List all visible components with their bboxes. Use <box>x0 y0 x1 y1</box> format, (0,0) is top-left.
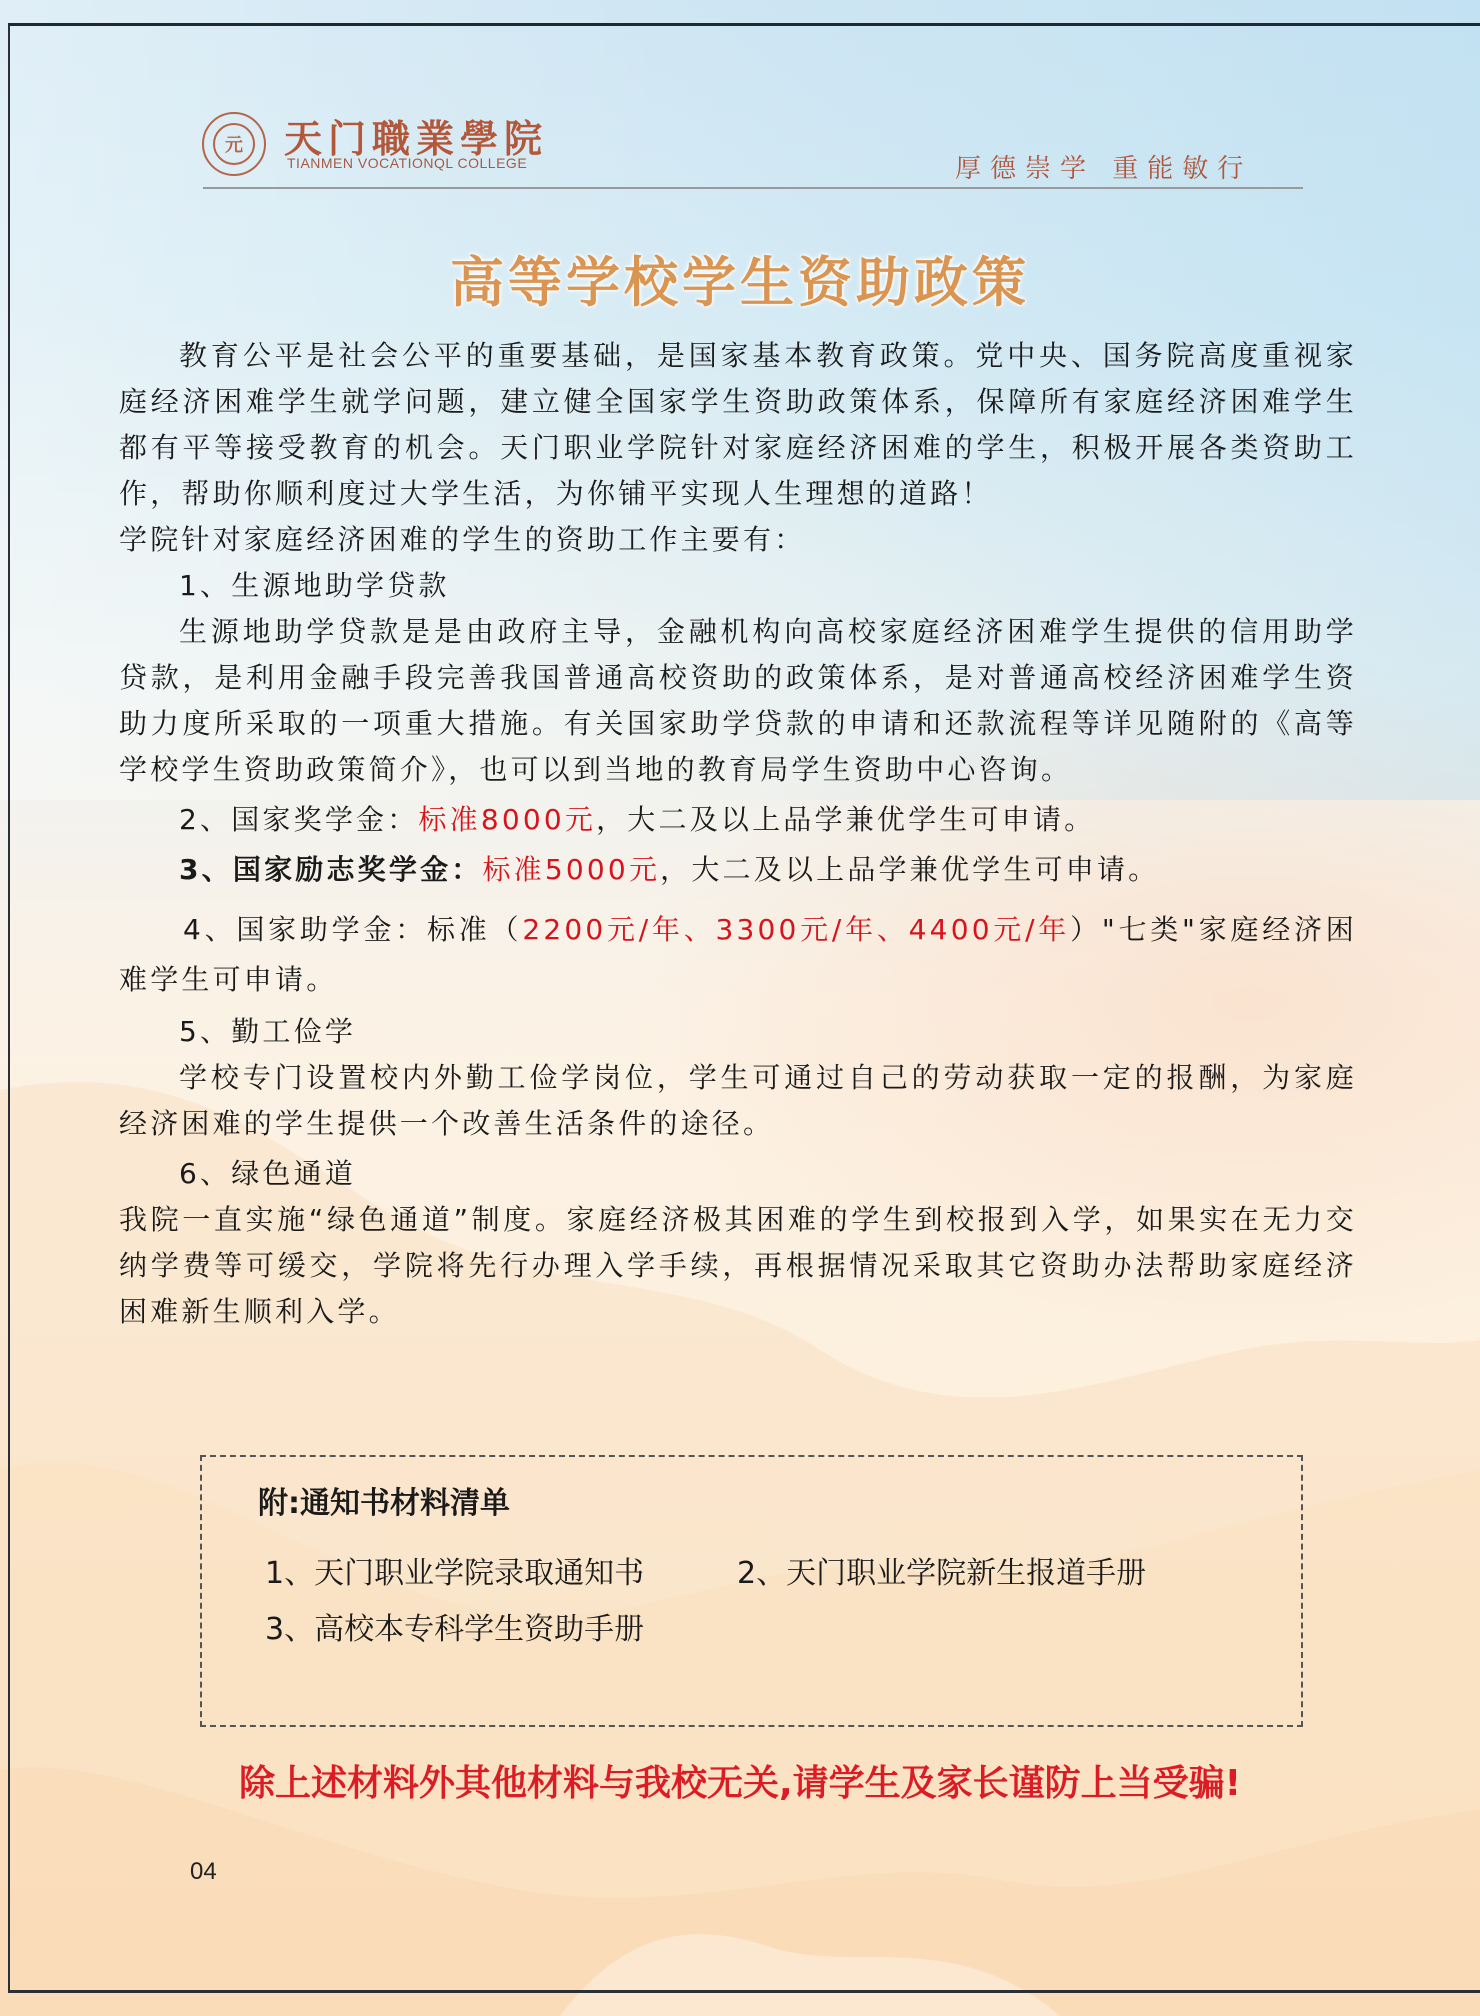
attachment-item: 1、天门职业学院录取通知书 <box>265 1548 644 1592</box>
fraud-warning: 除上述材料外其他材料与我校无关,请学生及家长谨防上当受骗! <box>0 1755 1480 1806</box>
college-logo-icon: 元 <box>202 112 266 176</box>
item-heading-green-channel: 6、绿色通道 <box>119 1151 1357 1197</box>
school-motto: 厚德崇学 重能敏行 <box>955 148 1252 185</box>
item-body-loan: 生源地助学贷款是是由政府主导，金融机构向高校家庭经济困难学生提供的信用助学贷款，… <box>119 609 1357 793</box>
page-number: 04 <box>190 1858 217 1886</box>
amount-highlight: 标准5000元 <box>482 853 660 886</box>
item-body-green-channel: 我院一直实施“绿色通道”制度。家庭经济极其困难的学生到校报到入学，如果实在无力交… <box>119 1197 1357 1335</box>
item-prefix: 4、国家助学金：标准（ <box>183 913 522 946</box>
attachment-item: 2、天门职业学院新生报道手册 <box>737 1548 1146 1592</box>
item-body-work-study: 学校专门设置校内外勤工俭学岗位，学生可通过自己的劳动获取一定的报酬，为家庭经济困… <box>119 1055 1357 1147</box>
item-national-scholarship: 2、国家奖学金：标准8000元，大二及以上品学兼优学生可申请。 <box>119 797 1357 843</box>
item-heading-work-study: 5、勤工俭学 <box>119 1009 1357 1055</box>
item-suffix: ，大二及以上品学兼优学生可申请。 <box>596 803 1095 836</box>
item-national-grant: 4、国家助学金：标准（2200元/年、3300元/年、4400元/年）"七类"家… <box>119 905 1357 1005</box>
attachment-title: 附:通知书材料清单 <box>258 1478 510 1522</box>
amount-highlight: 2200元/年、3300元/年、4400元/年 <box>522 913 1070 946</box>
amount-highlight: 标准8000元 <box>418 803 596 836</box>
item-heading-loan: 1、生源地助学贷款 <box>119 563 1357 609</box>
intro-paragraph: 教育公平是社会公平的重要基础，是国家基本教育政策。党中央、国务院高度重视家庭经济… <box>119 333 1357 517</box>
school-name-en: TIANMEN VOCATIONQL COLLEGE <box>287 155 527 171</box>
intro-summary: 学院针对家庭经济困难的学生的资助工作主要有： <box>119 517 1357 563</box>
item-encouragement-scholarship: 3、国家励志奖学金：标准5000元，大二及以上品学兼优学生可申请。 <box>119 847 1357 893</box>
item-prefix: 2、国家奖学金： <box>179 803 418 836</box>
attachment-item: 3、高校本专科学生资助手册 <box>265 1604 644 1648</box>
page-title: 高等学校学生资助政策 <box>0 240 1480 317</box>
item-prefix: 3、国家励志奖学金： <box>179 853 482 886</box>
logo-emblem: 元 <box>213 123 255 165</box>
header-divider <box>203 187 1303 189</box>
item-suffix: ，大二及以上品学兼优学生可申请。 <box>660 853 1159 886</box>
policy-body: 教育公平是社会公平的重要基础，是国家基本教育政策。党中央、国务院高度重视家庭经济… <box>119 333 1357 1335</box>
